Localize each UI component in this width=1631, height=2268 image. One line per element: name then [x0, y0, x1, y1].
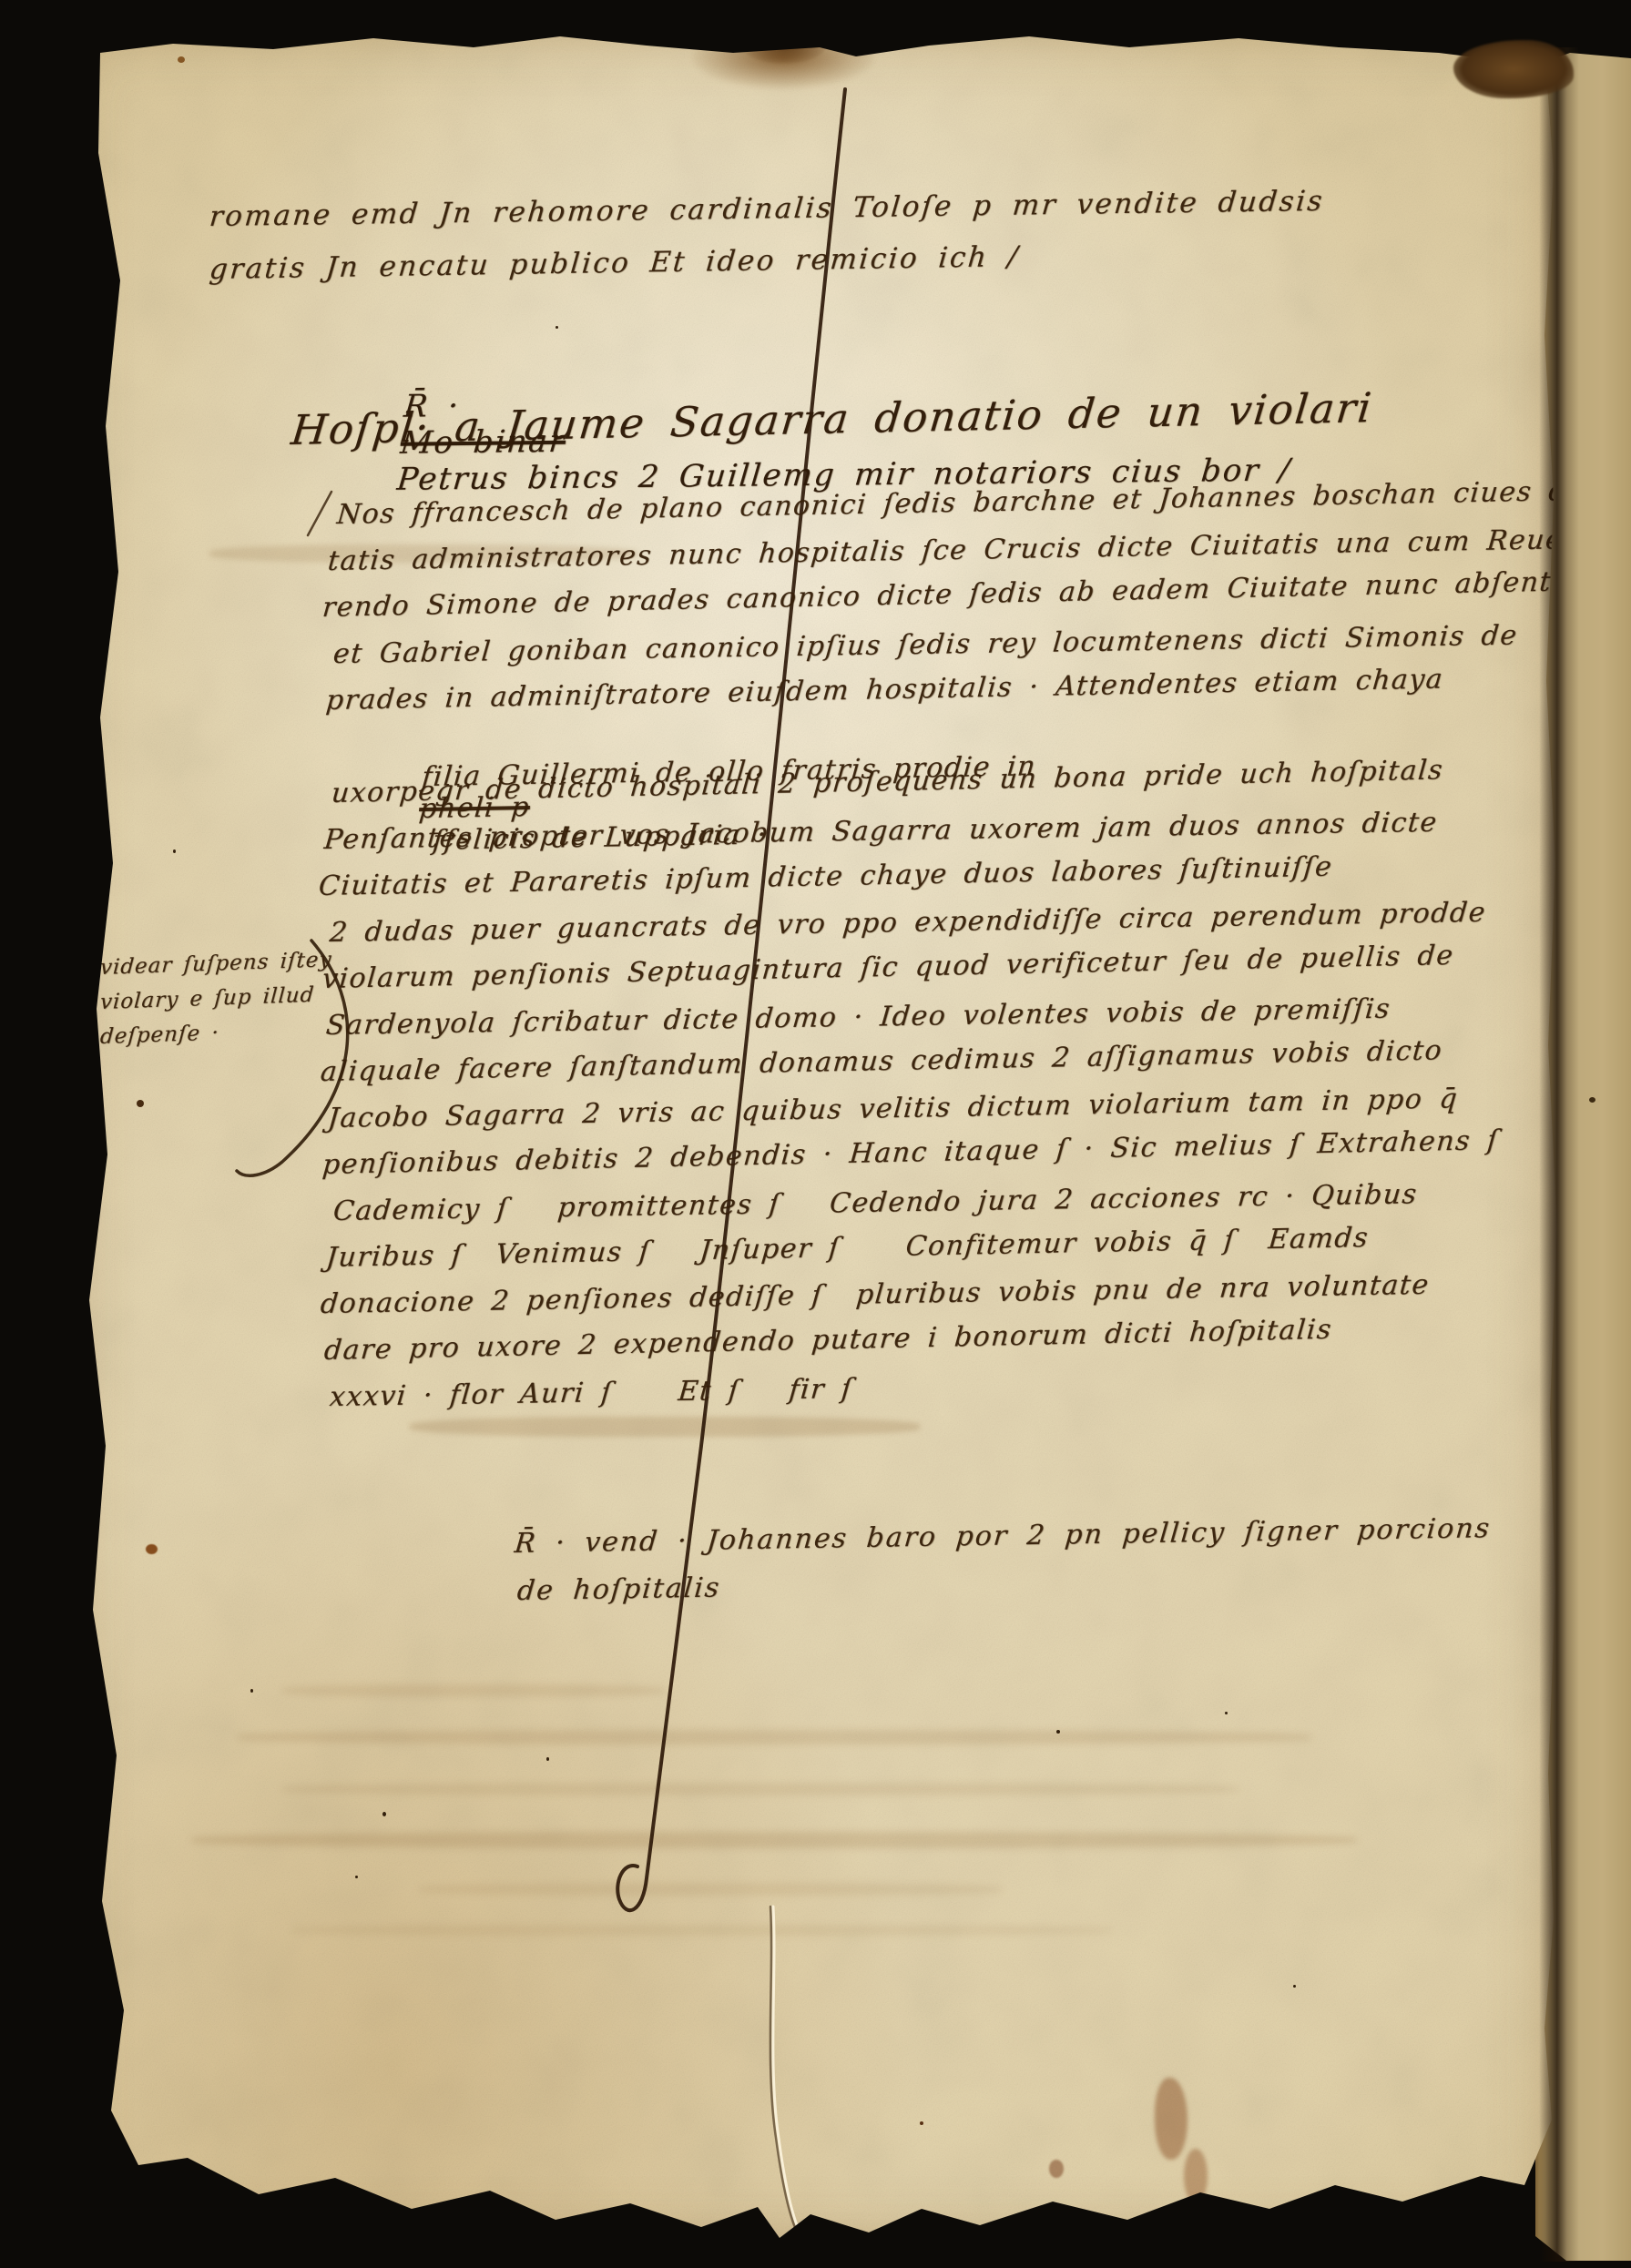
gutter-torn-debris [1453, 40, 1574, 98]
photo-background: romane emd Jn rehomore cardinalis Toloſe… [0, 0, 1631, 2268]
margin-note-line-3: deſpenſe · [99, 1021, 219, 1049]
page-gutter-shadow [1539, 47, 1579, 2262]
closing-note-line-2: de hoſpitalis [515, 1571, 721, 1607]
manuscript-page: romane emd Jn rehomore cardinalis Toloſe… [64, 25, 1557, 2247]
under-page-speck [1589, 1097, 1595, 1103]
bottom-tear-highlight [773, 1907, 806, 2243]
